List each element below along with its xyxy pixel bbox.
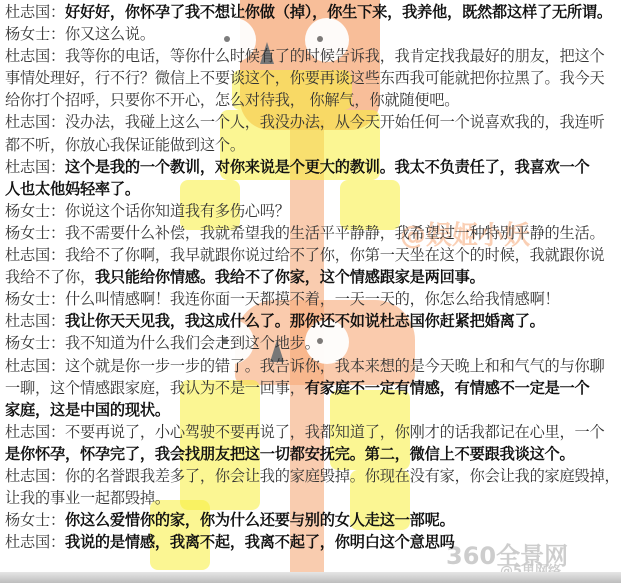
line-text: 不要再说了，小心驾驶不要再说了，我都知道了，你刚才的话我都记在心里，一个 xyxy=(65,423,605,441)
speaker-label: 杜志国： xyxy=(5,3,65,21)
bottom-border xyxy=(0,572,621,583)
line-text: 你说这个话你知道我有多伤心吗？ xyxy=(65,202,290,220)
line-text: 是你怀孕，怀孕完了，我会找朋友把这一切都安抚完。第二，微信上不要跟我谈这个。 xyxy=(5,445,575,463)
transcript-line: 杨女士：我不知道为什么我们会走到这个地步。 xyxy=(5,332,617,354)
line-text: 人也太他妈轻率了。 xyxy=(5,180,140,198)
transcript-line: 杜志国：这个就是你一步一步的错了。我告诉你，我本来想的是今天晚上和和气气的与你聊 xyxy=(5,355,617,377)
transcript-line: 杨女士：你说这个话你知道我有多伤心吗？ xyxy=(5,200,617,222)
transcript-line: 杜志国：不要再说了，小心驾驶不要再说了，我都知道了，你刚才的话我都记在心里，一个 xyxy=(5,421,617,443)
line-text: 没办法，我碰上这么一个人，我没办法，从今天开始任何一个说喜欢我的，我连听 xyxy=(65,113,605,131)
transcript-line: 杜志国：你的名誉跟我差多了，你会让我的家庭毁掉。你现在没有家，你会让我的家庭毁掉… xyxy=(5,465,617,487)
transcript-line: 是你怀孕，怀孕完了，我会找朋友把这一切都安抚完。第二，微信上不要跟我谈这个。 xyxy=(5,443,617,465)
chat-transcript: 杜志国：好好好，你怀孕了我不想让你做（掉），你生下来，我养他，既然都这样了无所谓… xyxy=(5,1,617,553)
transcript-line: 杜志国：没办法，我碰上这么一个人，我没办法，从今天开始任何一个说喜欢我的，我连听 xyxy=(5,111,617,133)
line-text: 我不需要什么补偿，我就希望我的生活平平静静，我希望过一种特别平静的生活。 xyxy=(65,224,605,242)
speaker-label: 杜志国： xyxy=(5,113,65,131)
speaker-label: 杨女士： xyxy=(5,25,65,43)
transcript-line: 杨女士：你这么爱惜你的家，你为什么还要与别的女人走这一部呢。 xyxy=(5,509,617,531)
transcript-line: 杜志国：我让你天天见我，我这成什么了。那你还不如说杜志国你赶紧把婚离了。 xyxy=(5,310,617,332)
speaker-label: 杜志国： xyxy=(5,246,65,264)
line-text: 家庭，这是中国的现状。 xyxy=(5,401,170,419)
line-text-bold: 有家庭不一定有情感，有情感不一定是一个 xyxy=(305,379,590,397)
line-text: 我给不了你啊，我早就跟你说过给不了你，你第一天坐在这个的时候，我就跟你说 xyxy=(65,246,605,264)
transcript-line: 杨女士：什么叫情感啊！我连你面一天都摸不着，一天一天的，你怎么给我情感啊！ xyxy=(5,288,617,310)
transcript-line: 人也太他妈轻率了。 xyxy=(5,178,617,200)
line-text: 我不知道为什么我们会走到这个地步。 xyxy=(65,334,320,352)
speaker-label: 杜志国： xyxy=(5,158,65,176)
transcript-line: 杨女士：你又这么说。 xyxy=(5,23,617,45)
speaker-label: 杨女士： xyxy=(5,334,65,352)
line-text: 事情处理好，行不行？微信上不要谈这个，你要再谈这些东西我可能就把你拉黑了。我今天 xyxy=(5,69,605,87)
speaker-label: 杨女士： xyxy=(5,202,65,220)
speaker-label: 杨女士： xyxy=(5,290,65,308)
transcript-line: 杨女士：我不需要什么补偿，我就希望我的生活平平静静，我希望过一种特别平静的生活。 xyxy=(5,222,617,244)
line-text-bold: 我只能给你情感。我给不了你家，这个情感跟家是两回事。 xyxy=(95,268,485,286)
line-text: 我让你天天见我，我这成什么了。那你还不如说杜志国你赶紧把婚离了。 xyxy=(65,312,545,330)
speaker-label: 杜志国： xyxy=(5,357,65,375)
transcript-line: 杜志国：好好好，你怀孕了我不想让你做（掉），你生下来，我养他，既然都这样了无所谓… xyxy=(5,1,617,23)
transcript-line: 都不听，你放心我保证能做到这个。 xyxy=(5,134,617,156)
transcript-line: 杜志国：这个是我的一个教训，对你来说是个更大的教训。我太不负责任了，我喜欢一个 xyxy=(5,156,617,178)
line-text: 什么叫情感啊！我连你面一天都摸不着，一天一天的，你怎么给我情感啊！ xyxy=(65,290,560,308)
transcript-line: 杜志国：我说的是情感，我离不起，我离不起了，你明白这个意思吗 xyxy=(5,531,617,553)
speaker-label: 杨女士： xyxy=(5,511,65,529)
line-text: 我等你的电话，等你什么时候有了的时候告诉我，我肯定找我最好的朋友，把这个 xyxy=(65,47,605,65)
speaker-label: 杜志国： xyxy=(5,533,65,551)
line-text: 让我的事业一起都毁掉。 xyxy=(5,489,170,507)
line-text: 这个是我的一个教训，对你来说是个更大的教训。我太不负责任了，我喜欢一个 xyxy=(65,158,590,176)
line-text: 你的名誉跟我差多了，你会让我的家庭毁掉。你现在没有家，你会让我的家庭毁掉， xyxy=(65,467,620,485)
transcript-line: 家庭，这是中国的现状。 xyxy=(5,399,617,421)
transcript-line: 让我的事业一起都毁掉。 xyxy=(5,487,617,509)
transcript-line: 我给不了你，我只能给你情感。我给不了你家，这个情感跟家是两回事。 xyxy=(5,266,617,288)
speaker-label: 杜志国： xyxy=(5,467,65,485)
line-text: 这个就是你一步一步的错了。我告诉你，我本来想的是今天晚上和和气气的与你聊 xyxy=(65,357,605,375)
line-text: 一聊，这个情感跟家庭，我认为不是一回事， xyxy=(5,379,305,397)
transcript-line: 事情处理好，行不行？微信上不要谈这个，你要再谈这些东西我可能就把你拉黑了。我今天 xyxy=(5,67,617,89)
line-text: 我给不了你， xyxy=(5,268,95,286)
speaker-label: 杨女士： xyxy=(5,224,65,242)
speaker-label: 杜志国： xyxy=(5,312,65,330)
transcript-line: 杜志国：我等你的电话，等你什么时候有了的时候告诉我，我肯定找我最好的朋友，把这个 xyxy=(5,45,617,67)
transcript-line: 给你打个招呼，只要你不开心，怎么对待我， 你解气，你就随便吧。 xyxy=(5,89,617,111)
line-text: 好好好，你怀孕了我不想让你做（掉），你生下来，我养他，既然都这样了无所谓。 xyxy=(65,3,612,21)
line-text: 你这么爱惜你的家，你为什么还要与别的女人走这一部呢。 xyxy=(65,511,455,529)
line-text: 给你打个招呼，只要你不开心，怎么对待我， 你解气，你就随便吧。 xyxy=(5,91,459,109)
transcript-line: 一聊，这个情感跟家庭，我认为不是一回事，有家庭不一定有情感，有情感不一定是一个 xyxy=(5,377,617,399)
line-text: 你又这么说。 xyxy=(65,25,155,43)
transcript-line: 杜志国：我给不了你啊，我早就跟你说过给不了你，你第一天坐在这个的时候，我就跟你说 xyxy=(5,244,617,266)
speaker-label: 杜志国： xyxy=(5,47,65,65)
line-text: 都不听，你放心我保证能做到这个。 xyxy=(5,136,245,154)
line-text: 我说的是情感，我离不起，我离不起了，你明白这个意思吗 xyxy=(65,533,455,551)
speaker-label: 杜志国： xyxy=(5,423,65,441)
